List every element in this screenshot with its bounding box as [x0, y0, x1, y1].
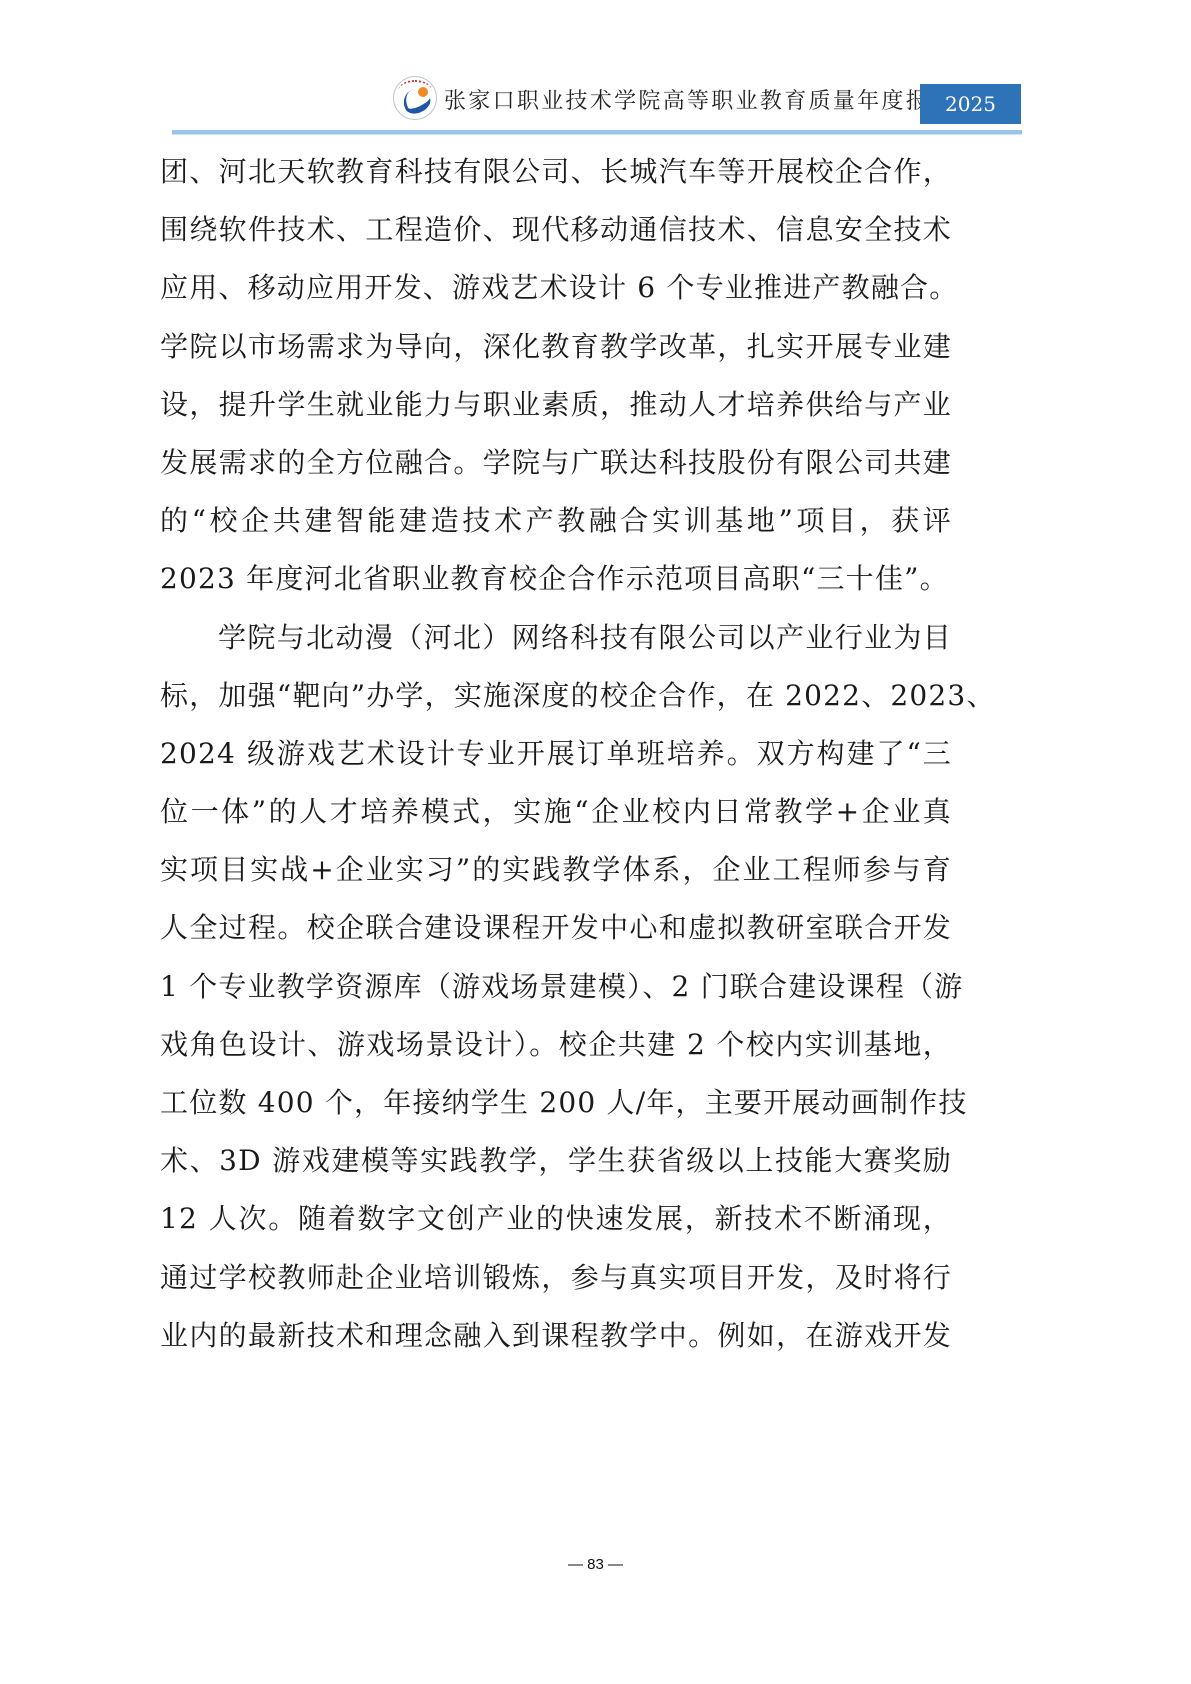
text-line: 学院以市场需求为导向，深化教育教学改革，扎实开展专业建 [160, 325, 952, 383]
paragraph-start-line: 学院与北动漫（河北）网络科技有限公司以产业行业为目 [160, 616, 952, 674]
text-line: 12 人次。随着数字文创产业的快速发展，新技术不断涌现， [160, 1197, 952, 1255]
text-line: 团、河北天软教育科技有限公司、长城汽车等开展校企合作， [160, 150, 952, 208]
page-header: 张家口职业技术学院高等职业教育质量年度报告 2025 [0, 0, 1191, 140]
text-line: 应用、移动应用开发、游戏艺术设计 6 个专业推进产教融合。 [160, 266, 952, 324]
report-title: 张家口职业技术学院高等职业教育质量年度报告 [444, 84, 954, 115]
text-line: 通过学校教师赴企业培训锻炼，参与真实项目开发，及时将行 [160, 1256, 952, 1314]
college-logo-icon [393, 76, 437, 120]
text-line: 2024 级游戏艺术设计专业开展订单班培养。双方构建了“三 [160, 732, 952, 790]
page-number: — 83 — [0, 1556, 1191, 1573]
text-line: 的“校企共建智能建造技术产教融合实训基地”项目，获评 [160, 499, 952, 557]
text-line: 设，提升学生就业能力与职业素质，推动人才培养供给与产业 [160, 383, 952, 441]
text-line: 术、3D 游戏建模等实践教学，学生获省级以上技能大赛奖励 [160, 1139, 952, 1197]
text-line: 围绕软件技术、工程造价、现代移动通信技术、信息安全技术 [160, 208, 952, 266]
text-line: 发展需求的全方位融合。学院与广联达科技股份有限公司共建 [160, 441, 952, 499]
body-text: 团、河北天软教育科技有限公司、长城汽车等开展校企合作， 围绕软件技术、工程造价、… [160, 150, 952, 1372]
logo-ball [418, 87, 428, 97]
year-badge: 2025 [920, 84, 1021, 124]
text-line: 1 个专业教学资源库（游戏场景建模）、2 门联合建设课程（游 [160, 965, 952, 1023]
header-rule-shadow [172, 134, 1022, 135]
text-line: 工位数 400 个，年接纳学生 200 人/年，主要开展动画制作技 [160, 1081, 952, 1139]
text-line: 业内的最新技术和理念融入到课程教学中。例如，在游戏开发 [160, 1314, 952, 1372]
text-line: 戏角色设计、游戏场景设计）。校企共建 2 个校内实训基地， [160, 1023, 952, 1081]
text-line: 实项目实战+企业实习”的实践教学体系，企业工程师参与育 [160, 848, 952, 906]
text-line: 标，加强“靶向”办学，实施深度的校企合作，在 2022、2023、 [160, 674, 952, 732]
text-line: 位一体”的人才培养模式，实施“企业校内日常教学+企业真 [160, 790, 952, 848]
text-line: 人全过程。校企联合建设课程开发中心和虚拟教研室联合开发 [160, 906, 952, 964]
text-line: 2023 年度河北省职业教育校企合作示范项目高职“三十佳”。 [160, 557, 952, 615]
